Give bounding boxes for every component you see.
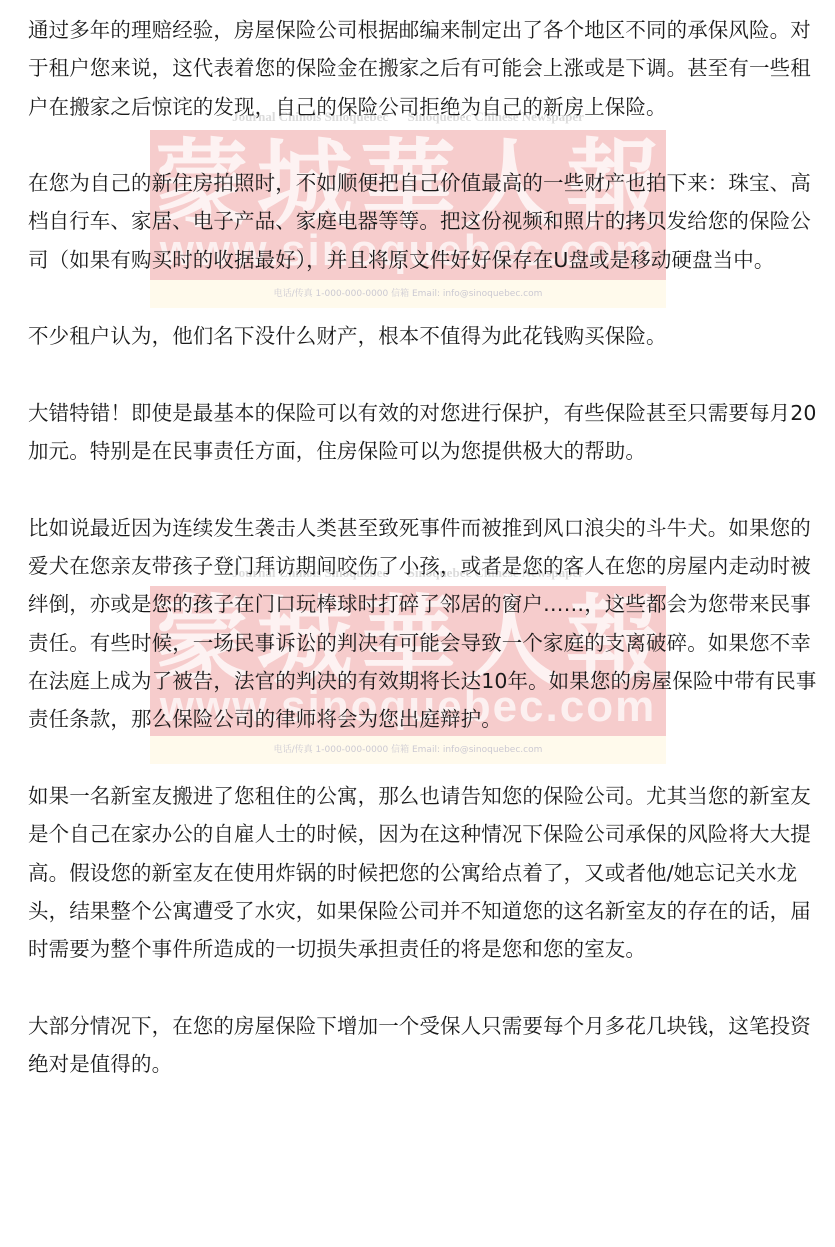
paragraph-civil-liability: 比如说最近因为连续发生袭击人类甚至致死事件而被推到风口浪尖的斗牛犬。如果您的爱犬… <box>28 509 818 739</box>
article-body: 通过多年的理赔经验，房屋保险公司根据邮编来制定出了各个地区不同的承保风险。对于租… <box>28 11 818 1083</box>
paragraph-photograph-valuables: 在您为自己的新住房拍照时，不如顺便把自己价值最高的一些财产也拍下来：珠宝、高档自… <box>28 164 818 279</box>
paragraph-tenants-misconception: 不少租户认为，他们名下没什么财产，根本不值得为此花钱购买保险。 <box>28 317 818 355</box>
paragraph-postal-code-risk: 通过多年的理赔经验，房屋保险公司根据邮编来制定出了各个地区不同的承保风险。对于租… <box>28 11 818 126</box>
paragraph-conclusion: 大部分情况下，在您的房屋保险下增加一个受保人只需要每个月多花几块钱，这笔投资绝对… <box>28 1007 818 1084</box>
paragraph-new-roommate: 如果一名新室友搬进了您租住的公寓，那么也请告知您的保险公司。尤其当您的新室友是个… <box>28 777 818 968</box>
paragraph-basic-insurance-cost: 大错特错！即使是最基本的保险可以有效的对您进行保护，有些保险甚至只需要每月20加… <box>28 394 818 471</box>
